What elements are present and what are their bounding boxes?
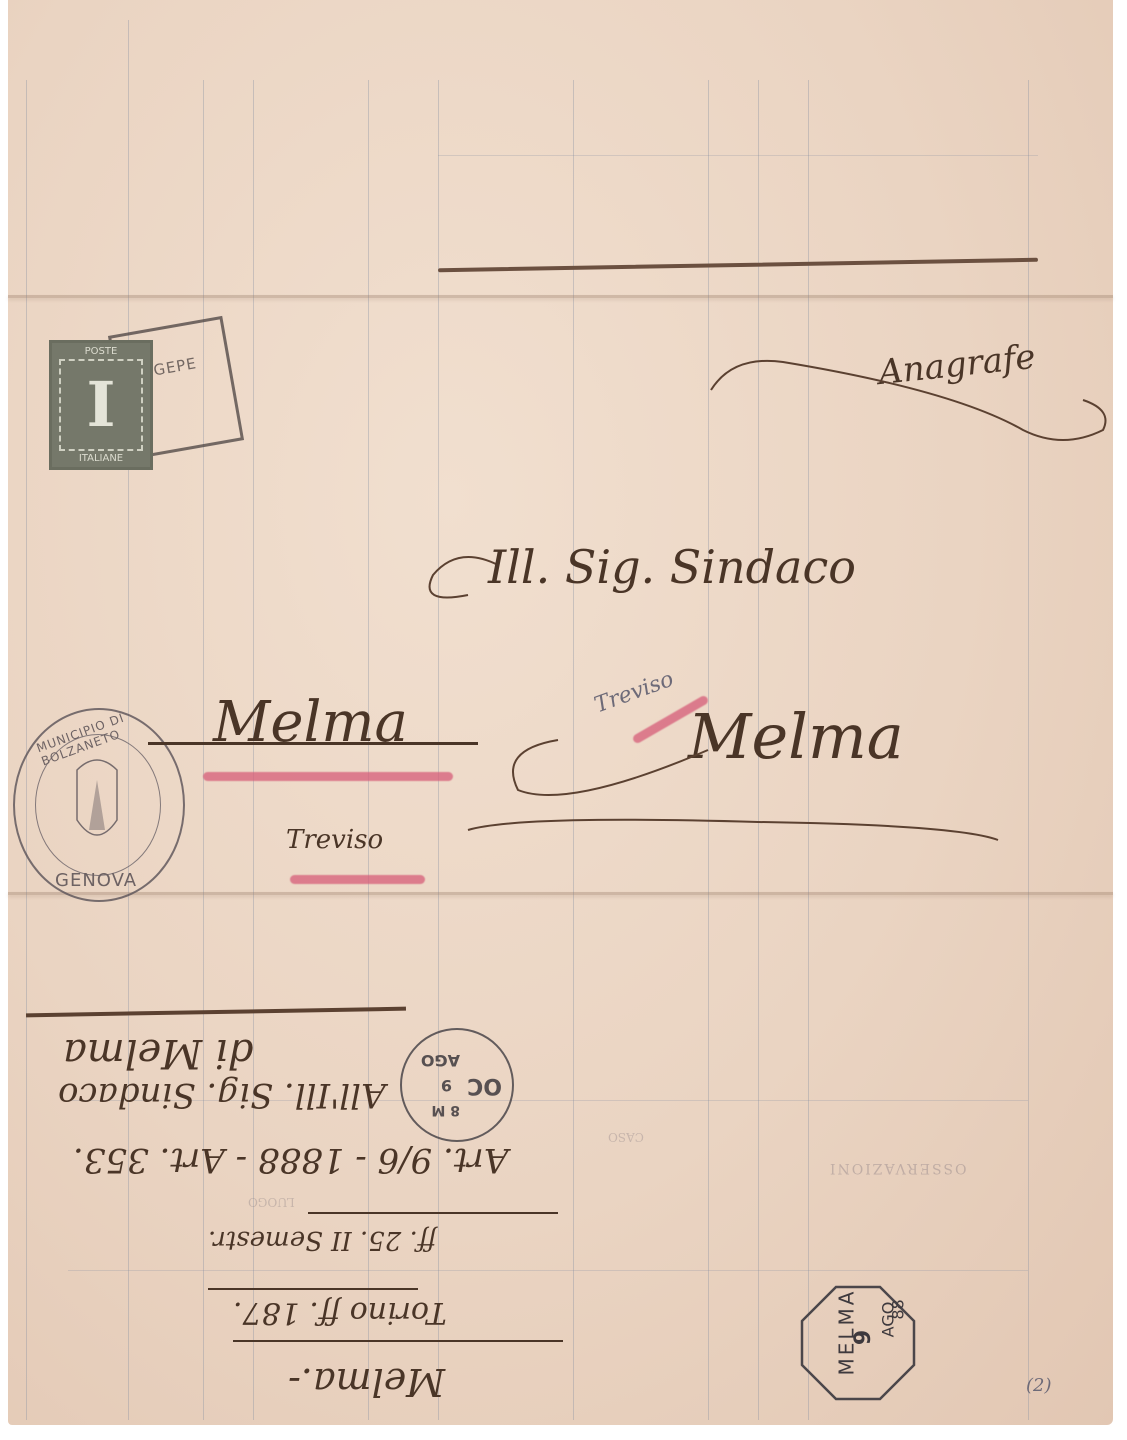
postage-stamp: POSTE I ITALIANE	[49, 340, 153, 470]
strike-line	[438, 258, 1038, 272]
cancel-text: GEPE	[152, 354, 198, 379]
inverted-note: di Melma	[63, 1030, 253, 1076]
red-pencil-underline	[203, 772, 453, 781]
fold-line	[8, 892, 1113, 895]
form-rule	[203, 80, 204, 1420]
underline	[208, 1288, 418, 1290]
flourish-icon	[703, 350, 1123, 460]
inverted-note: All'Ill. Sig. Sindaco	[58, 1075, 386, 1115]
form-rule	[1028, 80, 1029, 1420]
postmark-day: 9	[851, 1330, 876, 1345]
seal-bottom-text: GENOVA	[55, 870, 137, 891]
postmark-day: 9	[441, 1076, 452, 1095]
inverted-note: ff. 25. II Semestr.	[208, 1225, 436, 1255]
letter-sheet: OSSERVAZIONI LUOGO CASO Anagrafe GEPE PO…	[8, 0, 1113, 1425]
strike-line	[148, 742, 478, 745]
inverted-note: Torino ff. 187.	[233, 1295, 447, 1330]
form-rule	[438, 80, 439, 1420]
inverted-note: Art. 9/6 - 1888 - Art. 353.	[73, 1140, 508, 1180]
coat-of-arms-icon	[67, 750, 127, 860]
stamp-bottom-label: ITALIANE	[79, 453, 123, 464]
form-rule	[438, 155, 1038, 156]
stamp-numeral: I	[86, 374, 115, 436]
printed-header: LUOGO	[248, 1195, 295, 1209]
pencil-note: Treviso	[591, 667, 677, 719]
stamp-center: I	[59, 359, 143, 451]
postmark-place: OC	[467, 1073, 502, 1098]
form-rule	[68, 1270, 1028, 1271]
red-pencil-underline	[290, 875, 425, 884]
city-crossed: Melma	[213, 690, 408, 755]
underline	[233, 1340, 563, 1342]
inverted-note: Melma.-	[288, 1360, 445, 1404]
corner-mark: (2)	[1026, 1375, 1052, 1396]
printed-header: CASO	[608, 1130, 644, 1144]
fold-line	[8, 295, 1113, 298]
salutation: Ill. Sig. Sindaco	[488, 540, 856, 594]
strike-line	[26, 1007, 406, 1018]
forwarding-note: Treviso	[286, 825, 383, 855]
flourish-icon	[458, 730, 1018, 860]
postmark-year: 88	[889, 1299, 908, 1319]
underline	[308, 1212, 558, 1214]
postmark-month: AGO	[421, 1051, 460, 1070]
printed-header: OSSERVAZIONI	[828, 1160, 966, 1176]
round-postmark: OC 8 M 9 AGO	[400, 1028, 514, 1142]
stamp-top-label: POSTE	[85, 346, 118, 357]
postmark-time: 8 M	[431, 1102, 460, 1118]
municipal-seal: MUNICIPIO DI BOLZANETO GENOVA	[13, 708, 185, 902]
